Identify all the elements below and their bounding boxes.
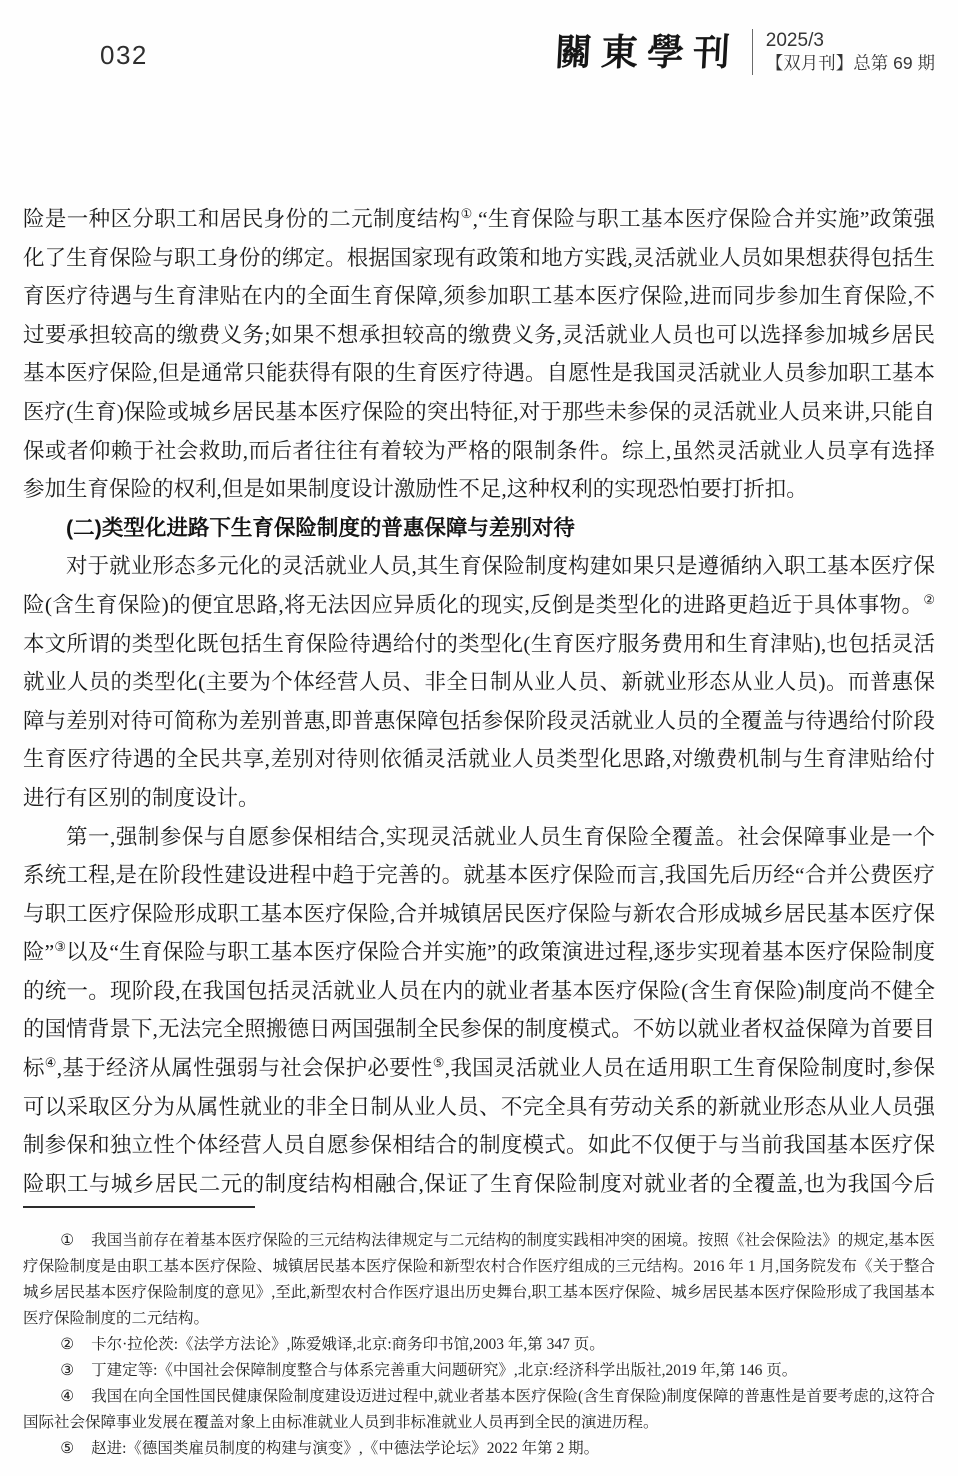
footnote-ref: ① — [461, 206, 473, 221]
footnote-marker: ④ — [60, 1388, 74, 1405]
footnote-item: ③丁建定等:《中国社会保障制度整合与体系完善重大问题研究》,北京:经济科学出版社… — [23, 1358, 935, 1384]
journal-page: 032 關東學刊 2025/3 【双月刊】总第 69 期 险是一种区分职工和居民… — [0, 0, 958, 1476]
issue-info: 2025/3 【双月刊】总第 69 期 — [766, 29, 935, 75]
footnote-marker: ⑤ — [60, 1440, 74, 1457]
issue-serial: 【双月刊】总第 69 期 — [766, 52, 935, 75]
footnote-marker: ② — [60, 1336, 74, 1353]
body-paragraph: 第一,强制参保与自愿参保相结合,实现灵活就业人员生育保险全覆盖。社会保障事业是一… — [23, 818, 935, 1203]
issue-volume: 2025/3 — [766, 29, 935, 52]
footnote-marker: ③ — [60, 1362, 74, 1379]
footnote-ref: ⑤ — [433, 1055, 445, 1070]
footnotes-section: ①我国当前存在着基本医疗保险的三元结构法律规定与二元结构的制度实践相冲突的困境。… — [23, 1228, 935, 1468]
body-paragraph: 对于就业形态多元化的灵活就业人员,其生育保险制度构建如果只是遵循纳入职工基本医疗… — [23, 547, 935, 817]
page-header: 032 關東學刊 2025/3 【双月刊】总第 69 期 — [23, 28, 935, 84]
footnote-divider — [23, 1206, 255, 1208]
footnote-item: ①我国当前存在着基本医疗保险的三元结构法律规定与二元结构的制度实践相冲突的困境。… — [23, 1228, 935, 1332]
footnote-item: ④我国在向全国性国民健康保险制度建设迈进过程中,就业者基本医疗保险(含生育保险)… — [23, 1384, 935, 1436]
footnote-text: 卡尔·拉伦茨:《法学方法论》,陈爱娥译,北京:商务印书馆,2003 年,第 34… — [91, 1336, 605, 1353]
journal-logo: 關東學刊 — [554, 28, 741, 76]
journal-masthead: 關東學刊 2025/3 【双月刊】总第 69 期 — [555, 28, 935, 76]
page-number: 032 — [100, 40, 148, 71]
footnote-ref: ③ — [54, 939, 66, 954]
section-heading: (二)类型化进路下生育保险制度的普惠保障与差别对待 — [23, 509, 935, 548]
masthead-divider — [752, 29, 753, 75]
body-paragraph: 险是一种区分职工和居民身份的二元制度结构①,“生育保险与职工基本医疗保险合并实施… — [23, 200, 935, 509]
footnote-text: 我国在向全国性国民健康保险制度建设迈进过程中,就业者基本医疗保险(含生育保险)制… — [23, 1388, 935, 1431]
footnote-item: ⑤赵进:《德国类雇员制度的构建与演变》,《中德法学论坛》2022 年第 2 期。 — [23, 1436, 935, 1462]
footnote-text: 赵进:《德国类雇员制度的构建与演变》,《中德法学论坛》2022 年第 2 期。 — [91, 1440, 599, 1457]
footnote-text: 我国当前存在着基本医疗保险的三元结构法律规定与二元结构的制度实践相冲突的困境。按… — [23, 1232, 935, 1327]
footnote-marker: ① — [60, 1232, 74, 1249]
footnote-text: 丁建定等:《中国社会保障制度整合与体系完善重大问题研究》,北京:经济科学出版社,… — [91, 1362, 797, 1379]
footnote-ref: ④ — [45, 1055, 57, 1070]
footnote-item: ②卡尔·拉伦茨:《法学方法论》,陈爱娥译,北京:商务印书馆,2003 年,第 3… — [23, 1332, 935, 1358]
article-body: 险是一种区分职工和居民身份的二元制度结构①,“生育保险与职工基本医疗保险合并实施… — [23, 200, 935, 1202]
footnote-ref: ② — [923, 592, 935, 607]
